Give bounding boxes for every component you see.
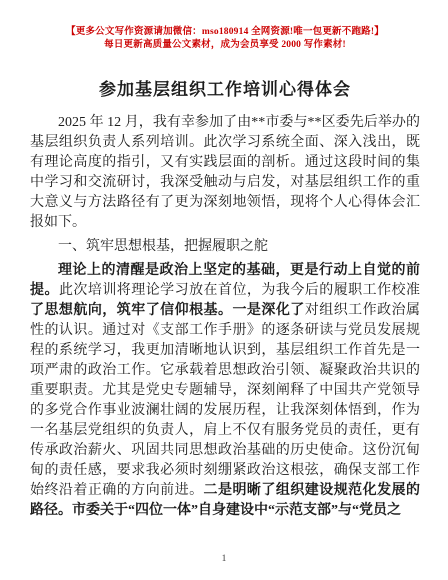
- paragraph-intro: 2025 年 12 月，我有幸参加了由**市委与**区委先后举办的基层组织负责人…: [30, 113, 420, 233]
- text-run: 此次培训将理论学习放在首位，为我今后的履职工作校准: [59, 283, 420, 298]
- document-title: 参加基层组织工作培训心得体会: [30, 78, 420, 102]
- page-number: 1: [0, 554, 448, 564]
- section-heading-1: 一、筑牢思想根基，把握履职之舵: [30, 237, 420, 257]
- promo-banner-line-2: 每日更新高质量公文素材，成为会员享受 2000 写作素材!: [30, 39, 420, 52]
- text-run: 对组织工作政治属性的认识。通过对《支部工作手册》的逐条研读与党员发展规程的系统学…: [30, 303, 420, 498]
- text-run-bold: 了思想航向，筑牢了信仰根基。一是深化了: [30, 303, 305, 318]
- paragraph-body: 理论上的清醒是政治上坚定的基础，更是行动上自觉的前提。此次培训将理论学习放在首位…: [30, 261, 420, 521]
- promo-banner: 【更多公文写作资源请加微信：mso180914 全网资源!唯一包更新不跑路!】 …: [30, 26, 420, 52]
- promo-banner-line-1: 【更多公文写作资源请加微信：mso180914 全网资源!唯一包更新不跑路!】: [30, 26, 420, 39]
- document-page: 【更多公文写作资源请加微信：mso180914 全网资源!唯一包更新不跑路!】 …: [0, 0, 448, 580]
